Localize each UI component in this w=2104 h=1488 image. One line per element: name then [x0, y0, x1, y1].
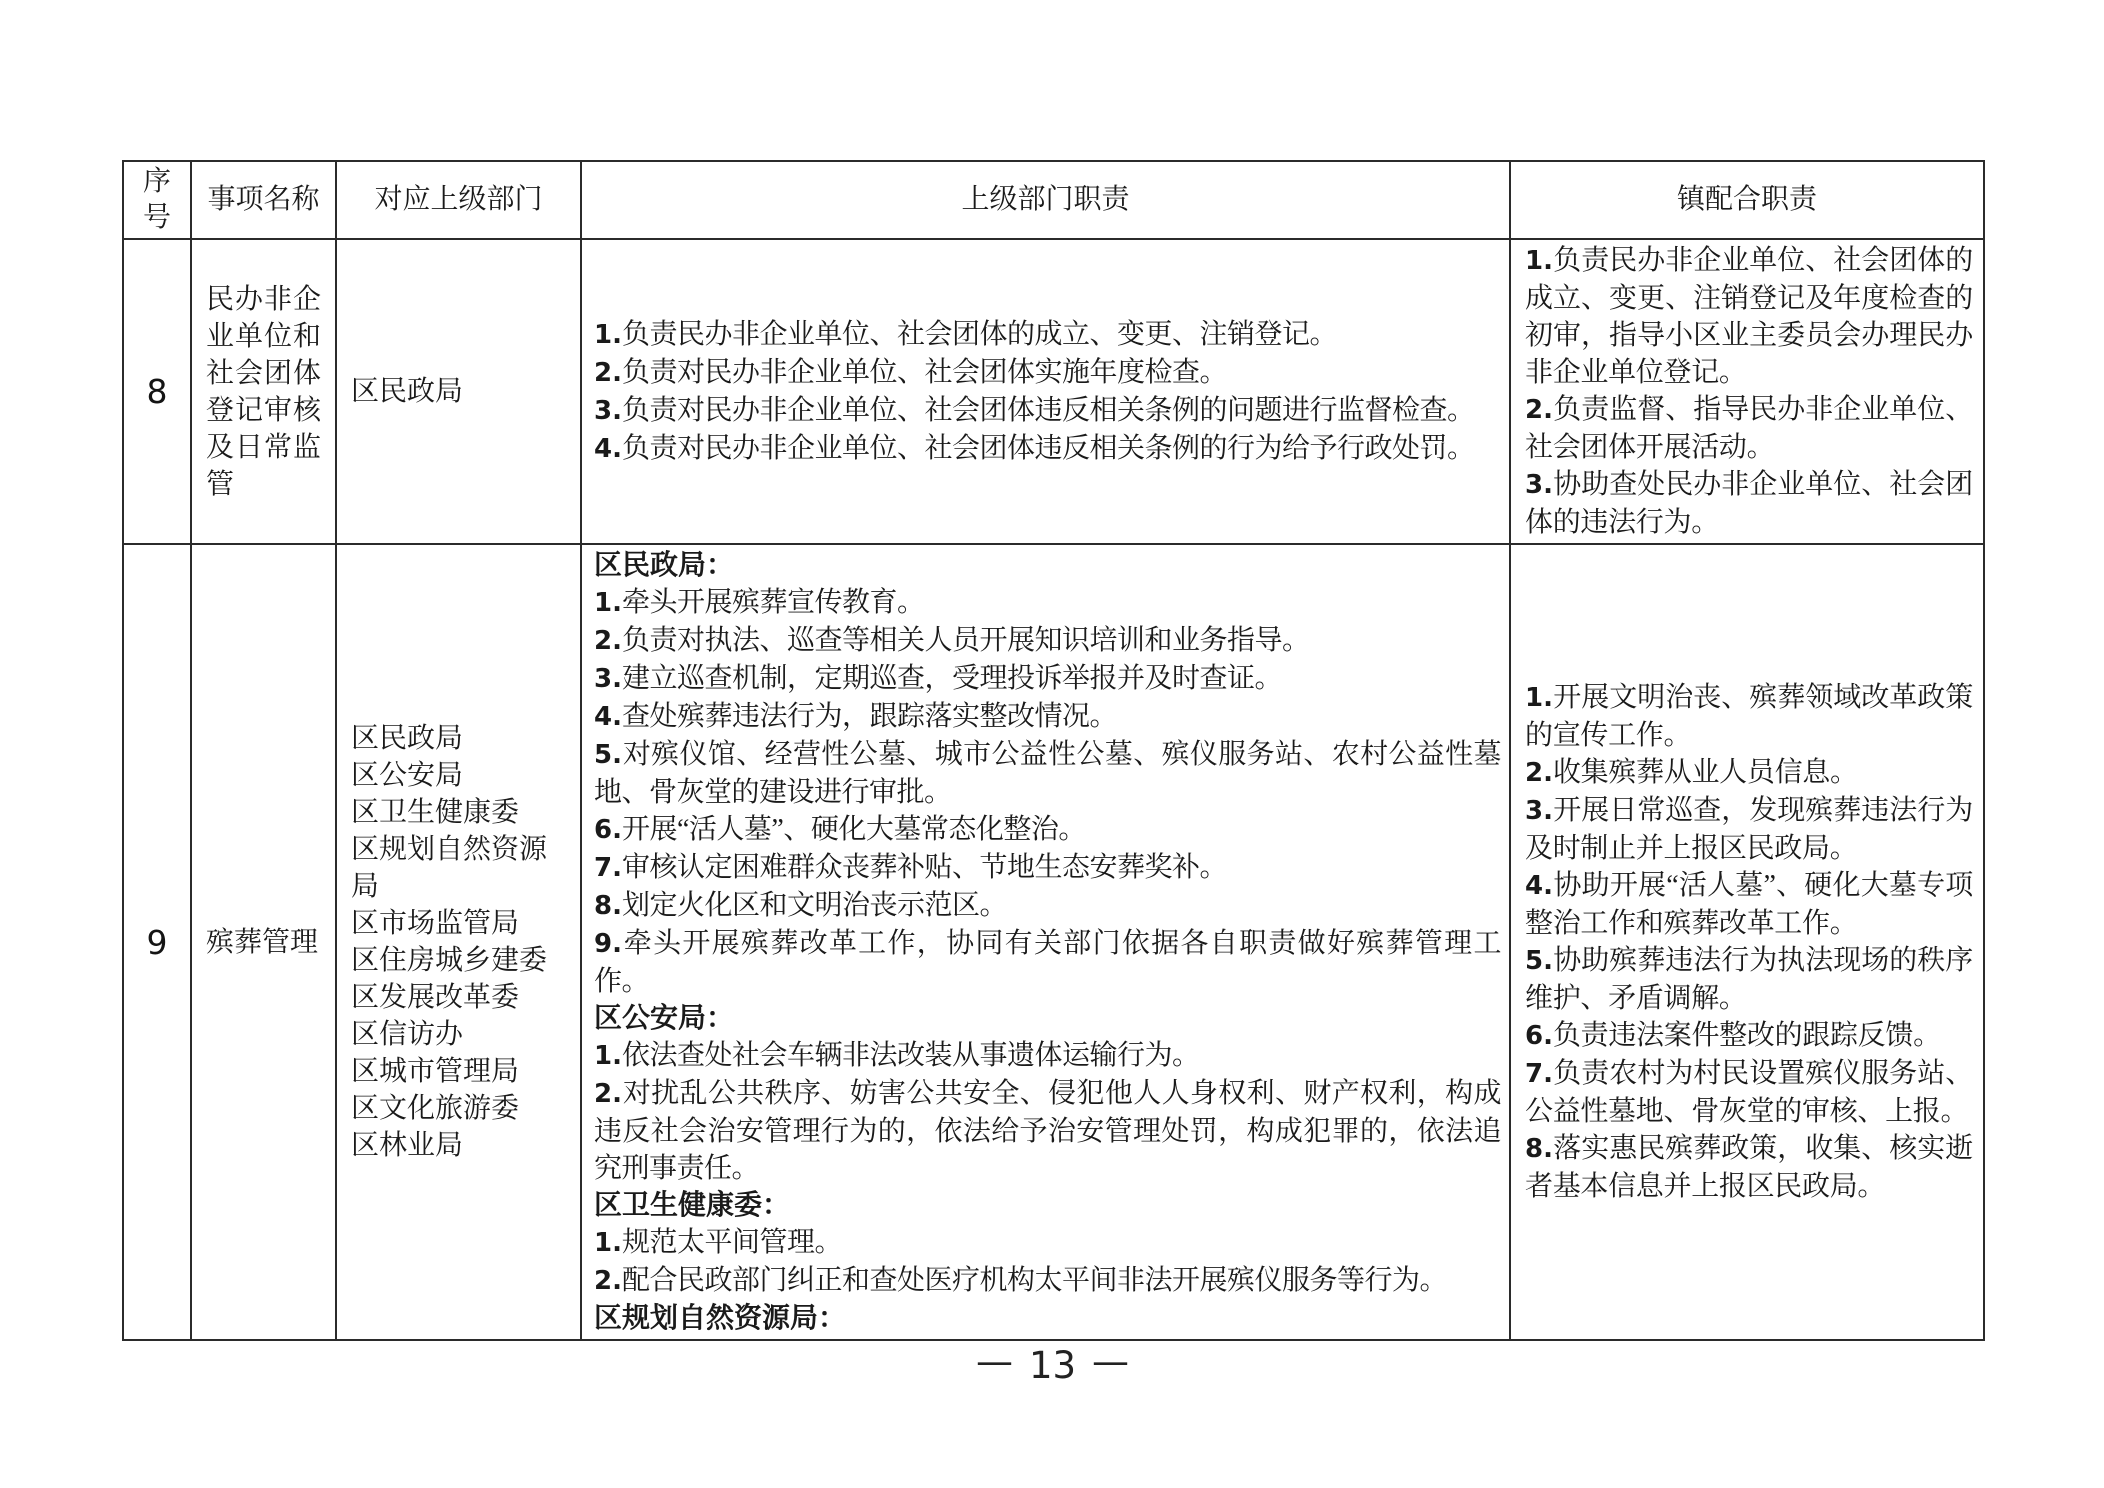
- duty-item: 2.收集殡葬从业人员信息。: [1525, 754, 1973, 792]
- duty-item: 2.负责对执法、巡查等相关人员开展知识培训和业务指导。: [594, 622, 1501, 660]
- item-text: 建立巡查机制，定期巡查，受理投诉举报并及时查证。: [622, 663, 1282, 694]
- duty-item: 3.负责对民办非企业单位、社会团体违反相关条例的问题进行监督检查。: [594, 392, 1501, 430]
- department-line: 区发展改革委: [351, 979, 574, 1016]
- row8-town-duties: 1.负责民办非企业单位、社会团体的成立、变更、注销登记及年度检查的初审，指导小区…: [1510, 239, 1984, 544]
- table-row-9: 9 殡葬管理 区民政局 区公安局 区卫生健康委 区规划自然资源局 区市场监管局 …: [123, 544, 1984, 1340]
- department-line: 区文化旅游委: [351, 1090, 574, 1127]
- item-number: 1.: [594, 588, 622, 618]
- row9-departments: 区民政局 区公安局 区卫生健康委 区规划自然资源局 区市场监管局 区住房城乡建委…: [336, 544, 581, 1340]
- row8-item-name: 民办非企业单位和社会团体登记审核及日常监管: [191, 239, 336, 544]
- department-duty-header: 区民政局：: [594, 547, 1501, 584]
- item-number: 7.: [594, 853, 622, 883]
- item-number: 5.: [594, 740, 622, 770]
- item-number: 4.: [1525, 871, 1553, 901]
- item-number: 4.: [594, 434, 622, 464]
- item-text: 负责违法案件整改的跟踪反馈。: [1553, 1020, 1941, 1051]
- item-number: 3.: [594, 396, 622, 426]
- item-number: 9.: [594, 929, 622, 959]
- department-line: 区民政局: [351, 373, 574, 410]
- item-text: 负责农村为村民设置殡仪服务站、公益性墓地、骨灰堂的审核、上报。: [1525, 1058, 1973, 1127]
- document-page: 序号 事项名称 对应上级部门 上级部门职责 镇配合职责 8 民办非企业单位和社会…: [0, 0, 2104, 1488]
- duty-item: 3.开展日常巡查，发现殡葬违法行为及时制止并上报区民政局。: [1525, 792, 1973, 867]
- item-text: 牵头开展殡葬宣传教育。: [622, 587, 925, 618]
- duty-item: 1.规范太平间管理。: [594, 1224, 1501, 1262]
- item-number: 6.: [594, 815, 622, 845]
- duty-item: 3.协助查处民办非企业单位、社会团体的违法行为。: [1525, 466, 1973, 541]
- header-superior-duties: 上级部门职责: [581, 161, 1510, 239]
- row9-item-name: 殡葬管理: [191, 544, 336, 1340]
- duty-item: 6.负责违法案件整改的跟踪反馈。: [1525, 1017, 1973, 1055]
- item-text: 负责对民办非企业单位、社会团体违反相关条例的行为给予行政处罚。: [622, 433, 1475, 464]
- department-line: 区信访办: [351, 1016, 574, 1053]
- row8-superior-duties: 1.负责民办非企业单位、社会团体的成立、变更、注销登记。 2.负责对民办非企业单…: [581, 239, 1510, 544]
- duty-item: 4.协助开展“活人墓”、硬化大墓专项整治工作和殡葬改革工作。: [1525, 867, 1973, 942]
- header-town-duties: 镇配合职责: [1510, 161, 1984, 239]
- item-text: 负责民办非企业单位、社会团体的成立、变更、注销登记及年度检查的初审，指导小区业主…: [1525, 245, 1973, 388]
- duty-item: 4.查处殡葬违法行为，跟踪落实整改情况。: [594, 698, 1501, 736]
- duty-item: 1.负责民办非企业单位、社会团体的成立、变更、注销登记及年度检查的初审，指导小区…: [1525, 242, 1973, 391]
- item-number: 2.: [594, 626, 622, 656]
- page-number-dash-left: —: [976, 1340, 1013, 1383]
- item-number: 8.: [594, 891, 622, 921]
- item-text: 对殡仪馆、经营性公墓、城市公益性公墓、殡仪服务站、农村公益性墓地、骨灰堂的建设进…: [594, 739, 1501, 808]
- item-text: 开展日常巡查，发现殡葬违法行为及时制止并上报区民政局。: [1525, 795, 1973, 864]
- item-text: 负责对民办非企业单位、社会团体违反相关条例的问题进行监督检查。: [622, 395, 1475, 426]
- header-superior-department: 对应上级部门: [336, 161, 581, 239]
- duty-item: 1.牵头开展殡葬宣传教育。: [594, 584, 1501, 622]
- department-line: 区规划自然资源局: [351, 831, 574, 905]
- department-line: 区民政局: [351, 720, 574, 757]
- duty-item: 8.划定火化区和文明治丧示范区。: [594, 887, 1501, 925]
- department-duty-header: 区卫生健康委：: [594, 1187, 1501, 1224]
- duty-item: 1.依法查处社会车辆非法改装从事遗体运输行为。: [594, 1037, 1501, 1075]
- row9-town-duties: 1.开展文明治丧、殡葬领域改革政策的宣传工作。 2.收集殡葬从业人员信息。 3.…: [1510, 544, 1984, 1340]
- duty-item: 4.负责对民办非企业单位、社会团体违反相关条例的行为给予行政处罚。: [594, 430, 1501, 468]
- item-text: 对扰乱公共秩序、妨害公共安全、侵犯他人人身权利、财产权利，构成违反社会治安管理行…: [594, 1078, 1501, 1184]
- item-text: 牵头开展殡葬改革工作，协同有关部门依据各自职责做好殡葬管理工作。: [594, 928, 1501, 997]
- item-text: 收集殡葬从业人员信息。: [1553, 757, 1858, 788]
- duty-item: 5.对殡仪馆、经营性公墓、城市公益性公墓、殡仪服务站、农村公益性墓地、骨灰堂的建…: [594, 736, 1501, 811]
- item-number: 3.: [594, 664, 622, 694]
- department-duty-header: 区规划自然资源局：: [594, 1300, 1501, 1337]
- item-text: 负责对民办非企业单位、社会团体实施年度检查。: [622, 357, 1227, 388]
- item-text: 落实惠民殡葬政策，收集、核实逝者基本信息并上报区民政局。: [1525, 1133, 1973, 1202]
- item-number: 3.: [1525, 470, 1553, 500]
- item-number: 2.: [1525, 758, 1553, 788]
- item-number: 2.: [1525, 395, 1553, 425]
- duty-item: 1.开展文明治丧、殡葬领域改革政策的宣传工作。: [1525, 679, 1973, 754]
- row8-departments: 区民政局: [336, 239, 581, 544]
- item-number: 1.: [1525, 683, 1553, 713]
- item-number: 2.: [594, 1079, 622, 1109]
- item-number: 3.: [1525, 796, 1553, 826]
- department-line: 区林业局: [351, 1127, 574, 1164]
- item-number: 4.: [594, 702, 622, 732]
- item-number: 1.: [594, 1041, 622, 1071]
- item-text: 协助查处民办非企业单位、社会团体的违法行为。: [1525, 469, 1973, 538]
- department-line: 区市场监管局: [351, 905, 574, 942]
- item-text: 负责对执法、巡查等相关人员开展知识培训和业务指导。: [622, 625, 1310, 656]
- department-line: 区城市管理局: [351, 1053, 574, 1090]
- item-text: 开展“活人墓”、硬化大墓常态化整治。: [622, 814, 1086, 845]
- page-number: —13—: [122, 1344, 1983, 1387]
- item-number: 5.: [1525, 946, 1553, 976]
- duty-item: 2.配合民政部门纠正和查处医疗机构太平间非法开展殡仪服务等行为。: [594, 1262, 1501, 1300]
- item-text: 查处殡葬违法行为，跟踪落实整改情况。: [622, 701, 1117, 732]
- item-number: 7.: [1525, 1059, 1553, 1089]
- department-line: 区公安局: [351, 757, 574, 794]
- duty-item: 2.负责对民办非企业单位、社会团体实施年度检查。: [594, 354, 1501, 392]
- department-line: 区住房城乡建委: [351, 942, 574, 979]
- item-number: 1.: [594, 1228, 622, 1258]
- department-duty-header: 区公安局：: [594, 1000, 1501, 1037]
- row9-seq: 9: [123, 544, 191, 1340]
- item-number: 6.: [1525, 1021, 1553, 1051]
- item-text: 规范太平间管理。: [622, 1227, 842, 1258]
- row9-superior-duties: 区民政局： 1.牵头开展殡葬宣传教育。 2.负责对执法、巡查等相关人员开展知识培…: [581, 544, 1510, 1340]
- header-item-name: 事项名称: [191, 161, 336, 239]
- item-text: 负责民办非企业单位、社会团体的成立、变更、注销登记。: [622, 319, 1337, 350]
- item-text: 配合民政部门纠正和查处医疗机构太平间非法开展殡仪服务等行为。: [622, 1265, 1447, 1296]
- item-number: 2.: [594, 1266, 622, 1296]
- item-text: 开展文明治丧、殡葬领域改革政策的宣传工作。: [1525, 682, 1973, 751]
- item-text: 审核认定困难群众丧葬补贴、节地生态安葬奖补。: [622, 852, 1227, 883]
- item-text: 负责监督、指导民办非企业单位、社会团体开展活动。: [1525, 394, 1973, 463]
- table-header-row: 序号 事项名称 对应上级部门 上级部门职责 镇配合职责: [123, 161, 1984, 239]
- duty-item: 5.协助殡葬违法行为执法现场的秩序维护、矛盾调解。: [1525, 942, 1973, 1017]
- item-number: 8.: [1525, 1134, 1553, 1164]
- header-seq: 序号: [123, 161, 191, 239]
- duty-item: 1.负责民办非企业单位、社会团体的成立、变更、注销登记。: [594, 316, 1501, 354]
- duty-item: 8.落实惠民殡葬政策，收集、核实逝者基本信息并上报区民政局。: [1525, 1130, 1973, 1205]
- duty-item: 2.负责监督、指导民办非企业单位、社会团体开展活动。: [1525, 391, 1973, 466]
- duty-item: 2.对扰乱公共秩序、妨害公共安全、侵犯他人人身权利、财产权利，构成违反社会治安管…: [594, 1075, 1501, 1187]
- item-text: 依法查处社会车辆非法改装从事遗体运输行为。: [622, 1040, 1200, 1071]
- duty-item: 3.建立巡查机制，定期巡查，受理投诉举报并及时查证。: [594, 660, 1501, 698]
- page-number-dash-right: —: [1092, 1340, 1129, 1383]
- duty-item: 6.开展“活人墓”、硬化大墓常态化整治。: [594, 811, 1501, 849]
- page-number-value: 13: [1029, 1344, 1076, 1387]
- item-number: 2.: [594, 358, 622, 388]
- duty-item: 9.牵头开展殡葬改革工作，协同有关部门依据各自职责做好殡葬管理工作。: [594, 925, 1501, 1000]
- table-row-8: 8 民办非企业单位和社会团体登记审核及日常监管 区民政局 1.负责民办非企业单位…: [123, 239, 1984, 544]
- duty-item: 7.审核认定困难群众丧葬补贴、节地生态安葬奖补。: [594, 849, 1501, 887]
- item-text: 划定火化区和文明治丧示范区。: [622, 890, 1007, 921]
- department-line: 区卫生健康委: [351, 794, 574, 831]
- item-text: 协助殡葬违法行为执法现场的秩序维护、矛盾调解。: [1525, 945, 1973, 1014]
- row8-seq: 8: [123, 239, 191, 544]
- item-text: 协助开展“活人墓”、硬化大墓专项整治工作和殡葬改革工作。: [1525, 870, 1973, 939]
- item-number: 1.: [594, 320, 622, 350]
- item-number: 1.: [1525, 246, 1553, 276]
- duty-item: 7.负责农村为村民设置殡仪服务站、公益性墓地、骨灰堂的审核、上报。: [1525, 1055, 1973, 1130]
- responsibility-table: 序号 事项名称 对应上级部门 上级部门职责 镇配合职责 8 民办非企业单位和社会…: [122, 160, 1985, 1341]
